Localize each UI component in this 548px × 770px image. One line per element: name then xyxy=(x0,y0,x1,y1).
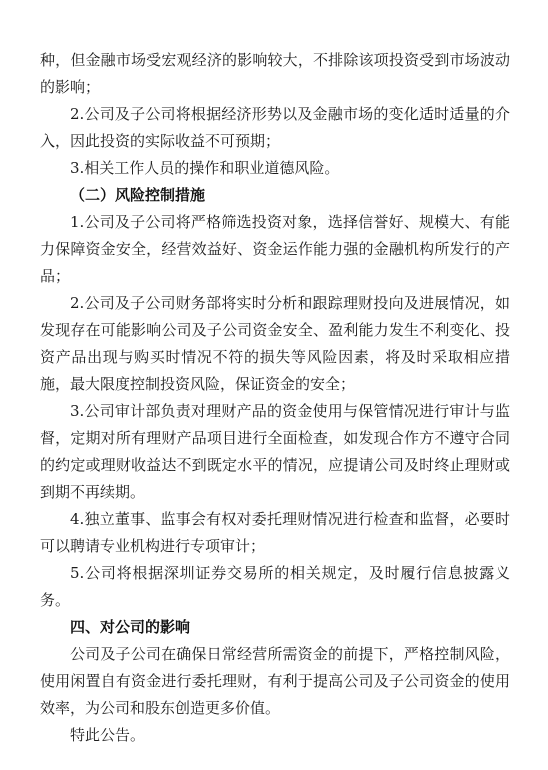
paragraph-measure-3: 3.公司审计部负责对理财产品的资金使用与保管情况进行审计与监督，定期对所有理财产… xyxy=(40,398,510,506)
paragraph-measure-4: 4.独立董事、监事会有权对委托理财情况进行检查和监督，必要时可以聘请专业机构进行… xyxy=(40,506,510,560)
paragraph-continuation: 种，但金融市场受宏观经济的影响较大，不排除该项投资受到市场波动的影响； xyxy=(40,47,510,101)
paragraph-risk-item-3: 3.相关工作人员的操作和职业道德风险。 xyxy=(40,155,510,182)
paragraph-measure-5: 5.公司将根据深圳证券交易所的相关规定，及时履行信息披露义务。 xyxy=(40,560,510,614)
paragraph-measure-2: 2.公司及子公司财务部将实时分析和跟踪理财投向及进展情况，如发现存在可能影响公司… xyxy=(40,290,510,398)
document-page: 种，但金融市场受宏观经济的影响较大，不排除该项投资受到市场波动的影响； 2.公司… xyxy=(0,0,548,770)
paragraph-impact: 公司及子公司在确保日常经营所需资金的前提下，严格控制风险，使用闲置自有资金进行委… xyxy=(40,641,510,722)
section-heading-risk-control-measures: （二）风险控制措施 xyxy=(40,182,510,209)
section-heading-impact-on-company: 四、对公司的影响 xyxy=(40,614,510,641)
paragraph-closing-announcement: 特此公告。 xyxy=(40,722,510,749)
paragraph-measure-1: 1.公司及子公司将严格筛选投资对象，选择信誉好、规模大、有能力保障资金安全，经营… xyxy=(40,209,510,290)
paragraph-risk-item-2: 2.公司及子公司将根据经济形势以及金融市场的变化适时适量的介入，因此投资的实际收… xyxy=(40,101,510,155)
